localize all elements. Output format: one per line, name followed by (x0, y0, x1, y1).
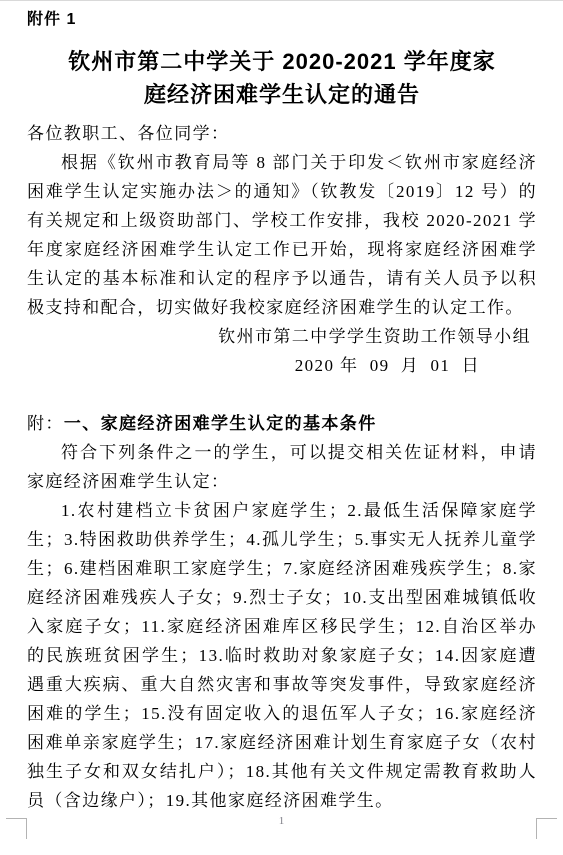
document-title-line-2: 庭经济困难学生认定的通告 (27, 78, 537, 111)
section-heading: 附：一、家庭经济困难学生认定的基本条件 (27, 409, 537, 438)
document-content: 附件 1 钦州市第二中学关于 2020-2021 学年度家 庭经济困难学生认定的… (0, 1, 563, 815)
conditions-paragraph: 1.农村建档立卡贫困户家庭学生；2.最低生活保障家庭学生；3.特困救助供养学生；… (27, 496, 537, 815)
signature-line: 钦州市第二中学学生资助工作领导小组 (27, 322, 537, 351)
page-margin-corner-mark-right (536, 818, 557, 839)
document-title: 钦州市第二中学关于 2020-2021 学年度家 庭经济困难学生认定的通告 (27, 45, 537, 111)
page-margin-corner-mark-left (6, 818, 27, 839)
salutation-line: 各位教职工、各位同学： (27, 119, 537, 148)
document-body: 各位教职工、各位同学： 根据《钦州市教育局等 8 部门关于印发＜钦州市家庭经济困… (27, 119, 537, 815)
section-intro-paragraph: 符合下列条件之一的学生，可以提交相关佐证材料，申请家庭经济困难学生认定： (27, 438, 537, 496)
section-heading-text: 一、家庭经济困难学生认定的基本条件 (64, 414, 377, 433)
page-number: 1 (0, 814, 563, 828)
attachment-label: 附件 1 (27, 9, 537, 31)
date-line: 2020 年 09 月 01 日 (27, 351, 537, 380)
document-title-line-1: 钦州市第二中学关于 2020-2021 学年度家 (27, 45, 537, 78)
intro-paragraph: 根据《钦州市教育局等 8 部门关于印发＜钦州市家庭经济困难学生认定实施办法＞的通… (27, 148, 537, 322)
section-heading-prefix: 附： (27, 414, 64, 433)
document-page: 附件 1 钦州市第二中学关于 2020-2021 学年度家 庭经济困难学生认定的… (0, 0, 563, 855)
